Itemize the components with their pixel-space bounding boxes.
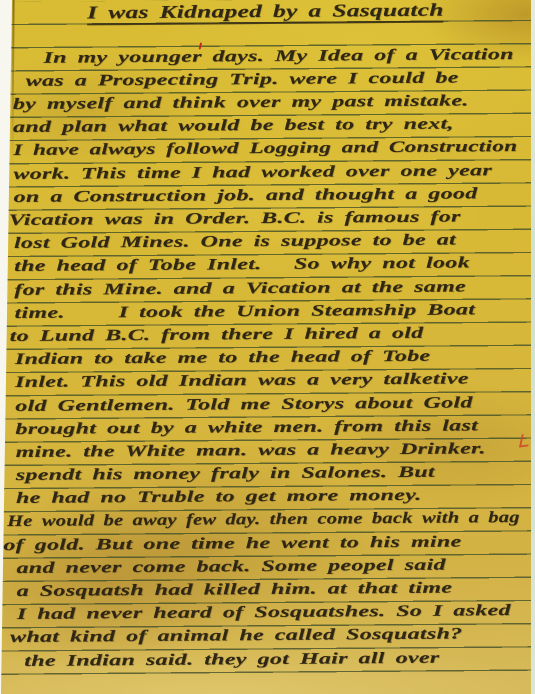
manuscript-line-text: spendt his money fraly in Salones. But (16, 463, 435, 485)
manuscript-line-text: and never come back. Some peopel said (16, 555, 446, 577)
manuscript-line-text: mine. the White man. was a heavy Drinker… (15, 439, 485, 462)
manuscript-line-text: to Lund B.C. from there I hired a old (10, 324, 424, 346)
manuscript-line-text: Inlet. This old Indian was a very talket… (15, 370, 469, 393)
paper: I was Kidnaped by a Sasquatch In my youn… (0, 0, 531, 694)
manuscript-line-text: by myself and think over my past mistake… (13, 91, 469, 114)
manuscript-line-text: I had never heard of Sosquatshes. So I a… (17, 601, 511, 624)
manuscript-line: the Indian said. they got Hair all over (2, 644, 533, 671)
manuscript-body: In my younger days. My Idea of a Vicatio… (0, 41, 533, 671)
sheet: I was Kidnaped by a Sasquatch In my youn… (0, 0, 533, 694)
manuscript-line-text: He would be away few day. then come back… (7, 508, 520, 531)
page-title-text: I was Kidnaped by a Sasquatch (87, 0, 444, 25)
manuscript-line-text: time. I took the Union Steamship Boat (14, 300, 475, 323)
page-title: I was Kidnaped by a Sasquatch (87, 0, 443, 24)
manuscript-line-text: what kind of animal he called Sosquatsh? (10, 625, 463, 648)
manuscript-line-text: Vication was in Order. B.C. is famous fo… (9, 207, 461, 230)
manuscript-line-text: Indian to take me to the head of Tobe (15, 347, 431, 369)
manuscript-line-text: lost Gold Mines. One is suppose to be at (14, 231, 456, 253)
manuscript-line-text: the Indian said. they got Hair all over (24, 648, 439, 670)
manuscript-line-text: he had no Truble to get more money. (16, 486, 422, 508)
manuscript-line-text: and plan what would be best to try next, (13, 115, 454, 137)
manuscript-line-text: the head of Tobe Inlet. So why not look (14, 254, 470, 277)
manuscript-line-text: work. This time I had worked over one ye… (13, 161, 492, 184)
manuscript-line-text: a Sosquatsh had killed him. at that time (17, 579, 453, 601)
manuscript-line-text: brought out by a white men. from this la… (15, 416, 478, 439)
manuscript-line-text: I have always followd Logging and Constr… (13, 137, 517, 160)
manuscript-line-text: was a Prospecting Trip. were I could be (26, 68, 459, 90)
manuscript-line-text: old Gentlemen. Told me Storys about Gold (15, 393, 473, 416)
manuscript-line-text: on a Construction job. and thought a goo… (13, 184, 477, 207)
manuscript-line-text: of gold. But one time he went to his min… (3, 532, 461, 555)
scanned-manuscript-page: I was Kidnaped by a Sasquatch In my youn… (0, 0, 535, 694)
manuscript-line-text: In my younger days. My Idea of a Vicatio… (43, 45, 513, 68)
manuscript-line-text: for this Mine. and a Vication at the sam… (14, 277, 466, 300)
